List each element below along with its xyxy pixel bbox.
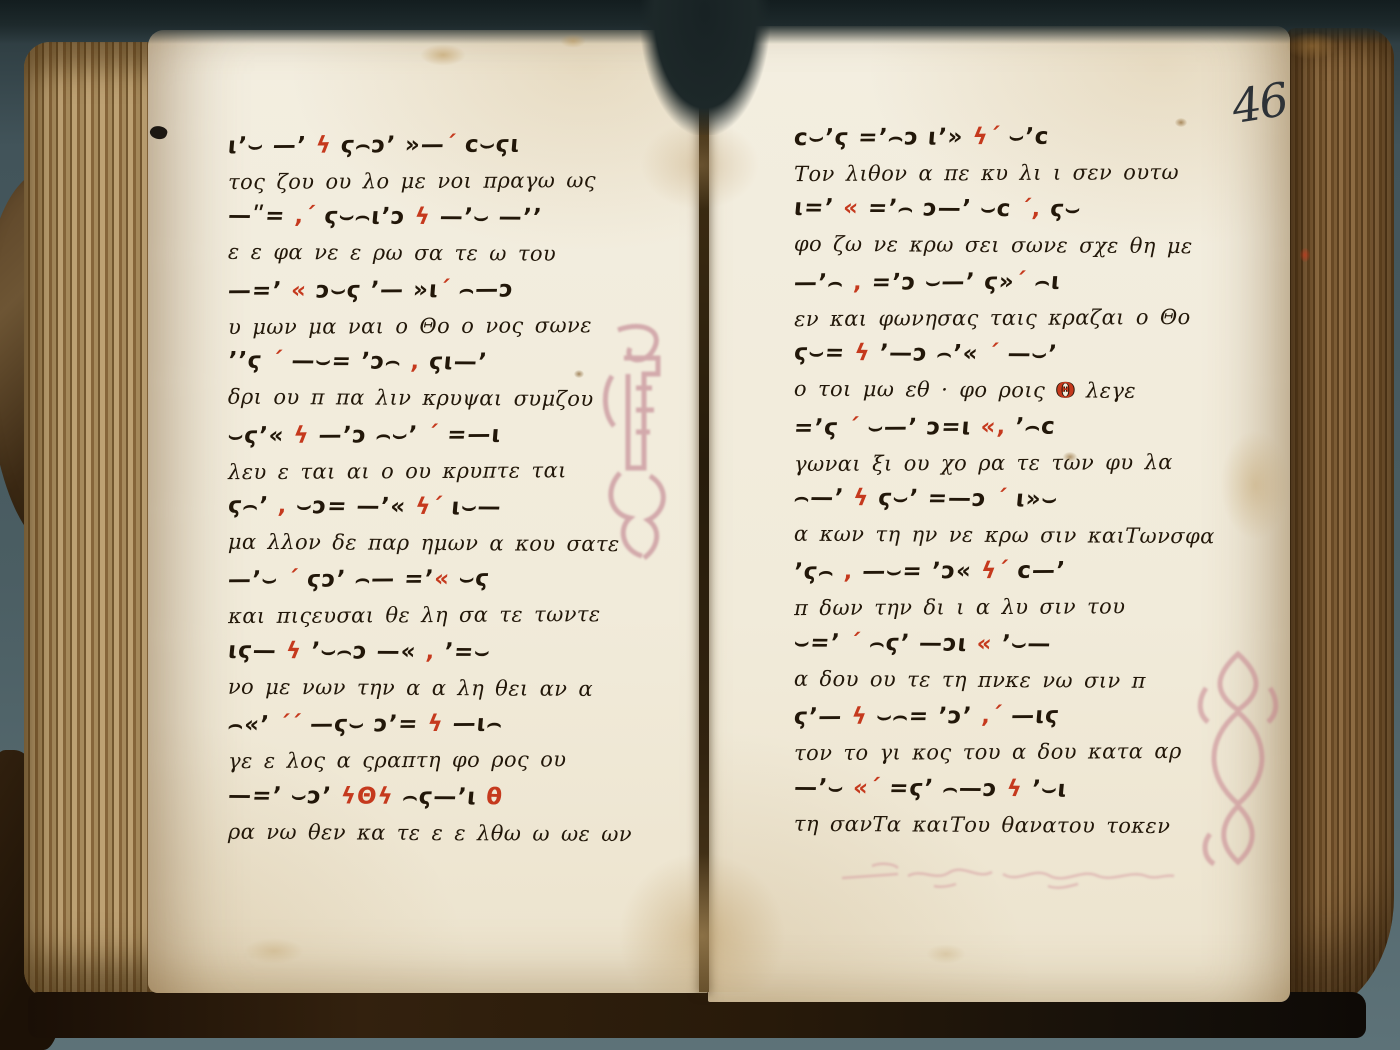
lyric-line: υ μων μα ναι ο Θο ο νος σωνε bbox=[228, 312, 644, 342]
lyric-ink: τος ζου ου λο με νοι πραγω ως bbox=[228, 169, 596, 195]
neume-ink: ʼ⌣⌢ɔ —« bbox=[301, 638, 427, 665]
lyric-ink: α δου ου τε τη πνκε νω σιν π bbox=[794, 667, 1146, 693]
lyric-ink: μα λλον δε παρ ημων α κου σατε bbox=[228, 530, 620, 556]
neume-rubric: ϟΘϟ bbox=[339, 783, 394, 809]
neume-ink: ⌢ϛʼ —ɔι bbox=[859, 630, 978, 657]
neume-line: ʼʼϛ ΄ —⌣= ʼɔ⌢ ‚ ϛι—ʼ bbox=[226, 340, 646, 387]
stain-spot bbox=[1220, 430, 1290, 540]
neume-rubric: θ bbox=[485, 784, 504, 810]
neume-ink: ϛ⌢ʼ bbox=[227, 493, 279, 519]
neume-line: =ʼϛ ΄ ⌣—ʼ ɔ=ι «‚ ʼ⌢c bbox=[792, 405, 1206, 451]
neume-ink: ⌢—ʼ bbox=[793, 485, 854, 511]
lyric-line: εν και φωνησας ταις κραζαι ο Θο bbox=[794, 304, 1204, 334]
neume-rubric: ‚΄ bbox=[980, 703, 1003, 729]
neume-rubric: ϟ΄ bbox=[980, 559, 1009, 585]
lyric-ink: τον το γι κος του α δου κατα αρ bbox=[794, 740, 1182, 766]
neume-ink: ʼ⌣— bbox=[991, 631, 1052, 657]
neume-ink: ⌢ι bbox=[1025, 269, 1062, 295]
neume-ink: ⌢ϛ—ʼι bbox=[392, 784, 487, 811]
neume-ink: —ʺ= bbox=[227, 204, 296, 230]
neume-line: —ʺ= ‚΄ ϛ⌣⌢ιʼɔ ϟ —ʼ⌣ —ʼʼ bbox=[226, 196, 646, 243]
lyric-line: α δου ου τε τη πνκε νω σιν π bbox=[794, 666, 1204, 697]
neume-ink: =—ι bbox=[437, 422, 502, 448]
lyric-ink: α κων τη ην νε κρω σιν καιΤωνσφα bbox=[794, 522, 1215, 549]
manuscript-photo: 46 ιʼ⌣ —ʼ ϟ ϛ⌢ɔʼ »—΄ c⌣ϛιτος ζου ου λο μ… bbox=[0, 0, 1400, 1050]
neume-ink: ʼ=⌣ bbox=[434, 639, 492, 665]
neume-line: ⌣ϛʼ« ϟ —ʼɔ ⌢⌣ʼ ΄ =—ι bbox=[226, 413, 646, 459]
chant-line-pair: ιϛ— ϟ ʼ⌣⌢ɔ —« ‚ ʼ=⌣νο με νων την α α λη … bbox=[228, 629, 644, 704]
neume-ink: ϛ⌣⌢ιʼɔ bbox=[314, 204, 416, 231]
lyric-line: τος ζου ου λο με νοι πραγω ως bbox=[228, 167, 644, 197]
chant-line-pair: ⌣=ʼ ΄ ⌢ϛʼ —ɔι « ʼ⌣—α δου ου τε τη πνκε ν… bbox=[794, 621, 1204, 696]
neume-line: ιϛ— ϟ ʼ⌣⌢ɔ —« ‚ ʼ=⌣ bbox=[226, 630, 646, 677]
neume-rubric: «‚ bbox=[980, 414, 1008, 440]
neume-ink: ιϛ— bbox=[227, 638, 287, 664]
lyric-line: ρα νω θεν κα τε ε ε λθω ω ωε ων bbox=[228, 819, 644, 850]
neume-line: —ʼ⌣ ΄ ϛɔʼ ⌢— =ʼ« ⌣ϛ bbox=[226, 558, 646, 604]
neume-line: ι=ʼ « =ʼ⌢ ɔ—ʼ ⌣c ΄‚ ϛ⌣ bbox=[792, 188, 1206, 234]
lyric-line: γε ε λος α ςραπτη φο ρος ου bbox=[228, 746, 644, 776]
lyric-ink: υ μων μα ναι ο Θο ο νος σωνε bbox=[228, 313, 592, 339]
chant-line-pair: ʼϛ⌢ ‚ —⌣= ʼɔ« ϟ΄ c—ʼπ δων την δι ι α λυ … bbox=[794, 549, 1204, 624]
neume-line: ⌣=ʼ ΄ ⌢ϛʼ —ɔι « ʼ⌣— bbox=[792, 622, 1206, 668]
chant-line-pair: —=ʼ « ɔ⌣ϛ ʼ— »ι΄ ⌢—ɔυ μων μα ναι ο Θο ο … bbox=[228, 268, 644, 343]
neume-line: ʼϛ⌢ ‚ —⌣= ʼɔ« ϟ΄ c—ʼ bbox=[792, 550, 1206, 596]
neume-ink: —ιϛ bbox=[1001, 703, 1061, 729]
chant-line-pair: ϛ⌣= ϟ ʼ—ɔ ⌢ʼ« ΄ —⌣ʼο τοι μω εθ · φο ροις… bbox=[794, 332, 1204, 407]
lyric-line: λευ ε ται αι ο ου κρυπτε ται bbox=[228, 457, 644, 487]
lyric-ink: γε ε λος α ςραπτη φο ρος ου bbox=[228, 748, 566, 774]
neume-ink: ɔ⌣ϛ ʼ— »ι bbox=[306, 277, 440, 304]
neume-ink: ϛ⌣ bbox=[1040, 197, 1082, 223]
neume-ink: ⌣—ʼ ɔ=ι bbox=[858, 414, 982, 441]
lyric-line: τον το γι κος του α δου κατα αρ bbox=[794, 738, 1204, 768]
neume-ink: ʼ—ɔ ⌢ʼ« bbox=[869, 341, 989, 368]
lyric-ink: εν και φωνησας ταις κραζαι ο Θο bbox=[794, 305, 1191, 331]
page-edges-right bbox=[1286, 28, 1394, 1016]
chant-line-pair: ⌢«ʼ ΄΄ —ϛ⌣ ɔʼ= ϟ —ι⌢γε ε λος α ςραπτη φο… bbox=[228, 702, 644, 777]
neume-line: —ʼ⌢ ‚ =ʼɔ ⌣—ʼ ϛ»΄ ⌢ι bbox=[792, 260, 1206, 306]
neume-ink: ⌢«ʼ bbox=[227, 712, 280, 738]
neume-ink: ιʼ⌣ —ʼ bbox=[227, 133, 317, 159]
lyric-line: νο με νων την α α λη θει αν α bbox=[228, 674, 644, 705]
neume-ink: ⌣ϛʼ« bbox=[227, 423, 295, 449]
lyric-ink: π δων την δι ι α λυ σιν του bbox=[794, 595, 1125, 621]
chant-line-pair: ⌢—ʼ ϟ ϛ⌣ʼ =—ɔ ΄ ι»⌣α κων τη ην νε κρω σι… bbox=[794, 477, 1204, 552]
chant-line-pair: ι=ʼ « =ʼ⌢ ɔ—ʼ ⌣c ΄‚ ϛ⌣φο ζω νε κρω σει σ… bbox=[794, 187, 1204, 262]
lyric-line: γωναι ξι ου χο ρα τε των φυ λα bbox=[794, 449, 1204, 479]
neume-line: —=ʼ ⌣ɔʼ ϟΘϟ ⌢ϛ—ʼι θ bbox=[226, 775, 646, 822]
lyric-line: μα λλον δε παρ ημων α κου σατε bbox=[228, 529, 644, 560]
stain-spot bbox=[1286, 32, 1338, 60]
neume-ink: ϛι—ʼ bbox=[419, 349, 489, 375]
neume-ink: —ʼ⌣ —ʼʼ bbox=[430, 205, 544, 232]
lyric-line: φο ζω νε κρω σει σωνε σχε θη με bbox=[794, 232, 1204, 263]
bleedthrough-lozenge-ornament bbox=[1196, 648, 1282, 888]
neume-rubric: ΄‚ bbox=[1019, 197, 1042, 223]
right-page-text-block: c⌣ʼϛ =ʼ⌢ɔ ιʼ» ϟ΄ ⌣ʼcΤον λιθον α πε κυ λι… bbox=[794, 116, 1204, 840]
neume-ink: ⌣ɔ= —ʼ« bbox=[286, 493, 416, 520]
neume-ink: ⌣=ʼ bbox=[793, 630, 851, 656]
neume-line: ⌢«ʼ ΄΄ —ϛ⌣ ɔʼ= ϟ —ι⌢ bbox=[226, 702, 646, 748]
neume-ink: —ʼ⌢ bbox=[793, 270, 854, 296]
chant-line-pair: —ʼ⌣ «΄ =ϛʼ ⌢—ɔ ϟ ʼ⌣ιτη σανΤα καιΤου θανα… bbox=[794, 766, 1204, 841]
gutter-stain-bottom bbox=[618, 852, 786, 992]
stain-spot bbox=[420, 44, 466, 66]
chant-line-pair: —=ʼ ⌣ɔʼ ϟΘϟ ⌢ϛ—ʼι θρα νω θεν κα τε ε ε λ… bbox=[228, 774, 644, 849]
neume-ink: ι=ʼ bbox=[793, 196, 844, 222]
lyric-rubric: Θ bbox=[1056, 378, 1075, 403]
neume-ink: ϛʼ— bbox=[793, 704, 853, 730]
lyric-ink: ο τοι μω εθ · φο ροις bbox=[794, 377, 1057, 403]
lyric-line: α κων τη ην νε κρω σιν καιΤωνσφα bbox=[794, 521, 1204, 552]
neume-ink: =ʼϛ bbox=[793, 415, 849, 441]
neume-ink: c⌣ʼϛ =ʼ⌢ɔ ιʼ» bbox=[793, 125, 974, 152]
chant-line-pair: ϛ⌢ʼ ‚ ⌣ɔ= —ʼ« ϟ΄ ι⌣—μα λλον δε παρ ημων … bbox=[228, 485, 644, 560]
stain-spot bbox=[244, 938, 304, 964]
lyric-ink: γωναι ξι ου χο ρα τε των φυ λα bbox=[794, 450, 1173, 476]
lyric-ink: λευ ε ται αι ο ου κρυπτε ται bbox=[228, 458, 567, 484]
neume-ink: —ι⌢ bbox=[443, 711, 504, 737]
lyric-line: δρι ου π πα λιν κρυψαι συμζου bbox=[228, 384, 644, 415]
chant-line-pair: c⌣ʼϛ =ʼ⌢ɔ ιʼ» ϟ΄ ⌣ʼcΤον λιθον α πε κυ λι… bbox=[794, 115, 1204, 190]
neume-ink: ʼ⌢c bbox=[1005, 414, 1057, 440]
neume-ink: ⌢—ɔ bbox=[449, 277, 515, 303]
lyric-ink: φο ζω νε κρω σει σωνε σχε θη με bbox=[794, 233, 1193, 259]
folio-number: 46 bbox=[1228, 72, 1290, 134]
lyric-line: π δων την δι ι α λυ σιν του bbox=[794, 594, 1204, 624]
neume-rubric: «΄ bbox=[852, 775, 881, 801]
neume-line: —ʼ⌣ «΄ =ϛʼ ⌢—ɔ ϟ ʼ⌣ι bbox=[792, 767, 1206, 813]
neume-ink: =ϛʼ ⌢—ɔ bbox=[879, 775, 1008, 802]
neume-ink: ϛ⌢ɔʼ »— bbox=[331, 132, 446, 159]
neume-line: ⌢—ʼ ϟ ϛ⌣ʼ =—ɔ ΄ ι»⌣ bbox=[792, 477, 1206, 523]
lyric-ink: νο με νων την α α λη θει αν α bbox=[228, 675, 593, 701]
neume-ink: —⌣= ʼɔ« bbox=[852, 559, 982, 586]
neume-ink: ʼʼϛ bbox=[227, 348, 273, 374]
neume-ink: ʼ⌣ι bbox=[1021, 776, 1068, 802]
lyric-ink: και πιςευσαι θε λη σα τε τωντε bbox=[228, 603, 601, 629]
neume-ink: ʼϛ⌢ bbox=[793, 560, 845, 586]
lyric-line: και πιςευσαι θε λη σα τε τωντε bbox=[228, 602, 644, 632]
lyric-ink: τη σανΤα καιΤου θανατου τοκεν bbox=[794, 812, 1171, 838]
chant-line-pair: ⌣ϛʼ« ϟ —ʼɔ ⌢⌣ʼ ΄ =—ιλευ ε ται αι ο ου κρ… bbox=[228, 412, 644, 487]
stain-spot bbox=[560, 34, 586, 48]
gutter-top-notch bbox=[640, 0, 770, 135]
neume-ink: ⌣ʼc bbox=[999, 124, 1051, 150]
neume-line: ϛ⌣= ϟ ʼ—ɔ ⌢ʼ« ΄ —⌣ʼ bbox=[792, 332, 1206, 378]
chant-line-pair: —ʼ⌣ ΄ ϛɔʼ ⌢— =ʼ« ⌣ϛκαι πιςευσαι θε λη σα… bbox=[228, 557, 644, 632]
neume-ink: ⌣⌢= ʼɔʼ bbox=[867, 704, 983, 731]
neume-ink: —ʼɔ ⌢⌣ʼ bbox=[309, 422, 429, 449]
neume-ink: ϛ⌣ʼ =—ɔ bbox=[868, 486, 997, 513]
neume-line: c⌣ʼϛ =ʼ⌢ɔ ιʼ» ϟ΄ ⌣ʼc bbox=[792, 115, 1206, 161]
lyric-ink: ε ε φα νε ε ρω σα τε ω του bbox=[228, 241, 556, 267]
neume-ink: ϛ⌣= bbox=[793, 340, 855, 366]
neume-ink: =ʼ⌢ ɔ—ʼ ⌣c bbox=[858, 196, 1022, 223]
neume-ink: —ϛ⌣ ɔʼ= bbox=[300, 712, 429, 739]
red-margin-tick bbox=[1300, 248, 1310, 262]
lyric-line: τη σανΤα καιΤου θανατου τοκεν bbox=[794, 811, 1204, 842]
neume-ink: —ʼ⌣ bbox=[793, 775, 854, 801]
neume-ink: ι»⌣ bbox=[1006, 486, 1059, 512]
neume-ink: c—ʼ bbox=[1007, 558, 1067, 584]
neume-rubric: ΄΄ bbox=[278, 712, 302, 738]
neume-line: —=ʼ « ɔ⌣ϛ ʼ— »ι΄ ⌢—ɔ bbox=[226, 268, 646, 314]
neume-line: ιʼ⌣ —ʼ ϟ ϛ⌢ɔʼ »—΄ c⌣ϛι bbox=[226, 123, 646, 169]
neume-ink: —=ʼ bbox=[227, 278, 292, 304]
lyric-ink: λεγε bbox=[1075, 379, 1136, 403]
chant-line-pair: —ʺ= ‚΄ ϛ⌣⌢ιʼɔ ϟ —ʼ⌣ —ʼʼε ε φα νε ε ρω σα… bbox=[228, 195, 644, 270]
neume-line: ϛ⌢ʼ ‚ ⌣ɔ= —ʼ« ϟ΄ ι⌣— bbox=[226, 485, 646, 532]
neume-rubric: ϟ΄ bbox=[414, 494, 444, 520]
neume-ink: —⌣ʼ bbox=[997, 342, 1058, 368]
bleedthrough-ghost-text-line bbox=[838, 858, 1178, 892]
chant-line-pair: ʼʼϛ ΄ —⌣= ʼɔ⌢ ‚ ϛι—ʼδρι ου π πα λιν κρυψ… bbox=[228, 340, 644, 415]
neume-ink: c⌣ϛι bbox=[455, 132, 522, 158]
neume-ink: —=ʼ ⌣ɔʼ bbox=[227, 783, 342, 810]
lyric-ink: ρα νω θεν κα τε ε ε λθω ω ωε ων bbox=[228, 820, 632, 846]
neume-ink: =ʼɔ ⌣—ʼ ϛ» bbox=[862, 269, 1016, 296]
neume-ink: ϛɔʼ ⌢— =ʼ bbox=[297, 567, 435, 594]
lyric-ink: δρι ου π πα λιν κρυψαι συμζου bbox=[228, 385, 594, 411]
lyric-line: ο τοι μω εθ · φο ροις Θ λεγε bbox=[794, 376, 1204, 407]
neume-ink: ι⌣— bbox=[441, 494, 503, 520]
lyric-line: ε ε φα νε ε ρω σα τε ω του bbox=[228, 240, 644, 271]
neume-ink: —ʼ⌣ bbox=[227, 568, 288, 594]
lyric-line: Τον λιθον α πε κυ λι ι σεν ουτω bbox=[794, 159, 1204, 189]
left-page-text-block: ιʼ⌣ —ʼ ϟ ϛ⌢ɔʼ »—΄ c⌣ϛιτος ζου ου λο με ν… bbox=[228, 124, 644, 848]
chant-line-pair: ιʼ⌣ —ʼ ϟ ϛ⌢ɔʼ »—΄ c⌣ϛιτος ζου ου λο με ν… bbox=[228, 123, 644, 198]
neume-rubric: ϟ΄ bbox=[971, 124, 1000, 150]
chant-line-pair: ϛʼ— ϟ ⌣⌢= ʼɔʼ ‚΄ —ιϛτον το γι κος του α … bbox=[794, 694, 1204, 769]
chant-line-pair: —ʼ⌢ ‚ =ʼɔ ⌣—ʼ ϛ»΄ ⌢ιεν και φωνησας ταις … bbox=[794, 260, 1204, 335]
stain-spot bbox=[926, 944, 966, 964]
neume-ink: —⌣= ʼɔ⌢ bbox=[281, 349, 411, 376]
lyric-ink: Τον λιθον α πε κυ λι ι σεν ουτω bbox=[794, 160, 1179, 186]
chant-line-pair: =ʼϛ ΄ ⌣—ʼ ɔ=ι «‚ ʼ⌢cγωναι ξι ου χο ρα τε… bbox=[794, 404, 1204, 479]
neume-ink: ⌣ϛ bbox=[449, 566, 491, 592]
neume-line: ϛʼ— ϟ ⌣⌢= ʼɔʼ ‚΄ —ιϛ bbox=[792, 694, 1206, 740]
neume-rubric: ‚΄ bbox=[293, 204, 316, 230]
